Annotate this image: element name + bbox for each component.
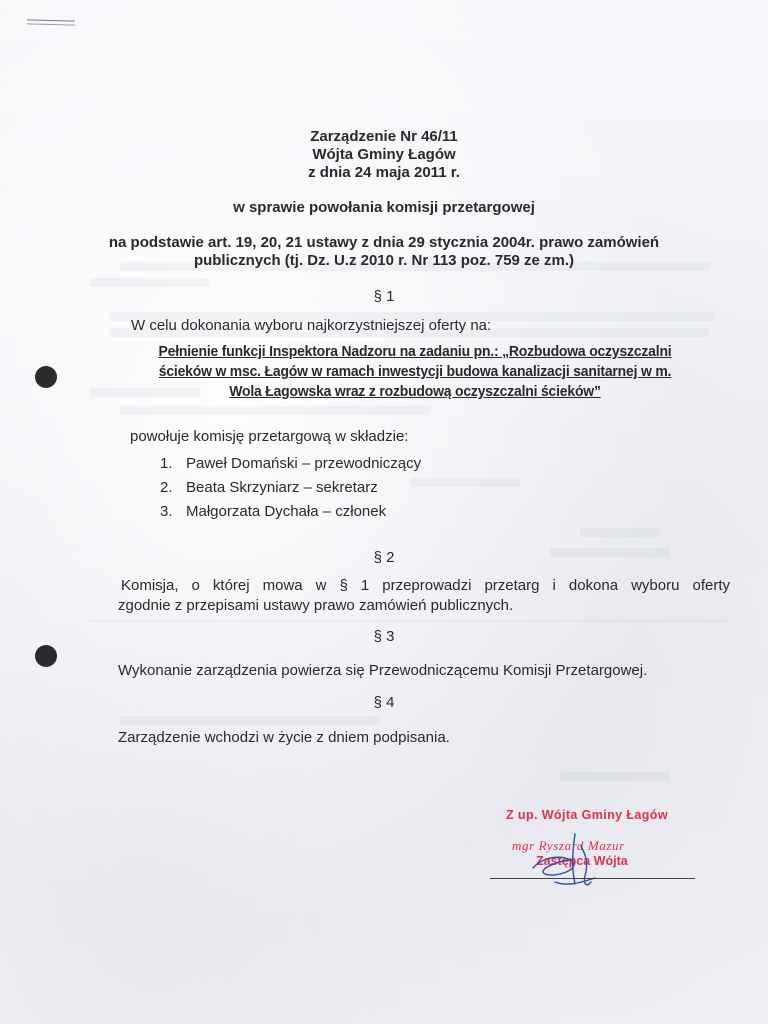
section-1-intro: W celu dokonania wyboru najkorzystniejsz… <box>131 317 491 334</box>
decree-date: z dnia 24 maja 2011 r. <box>0 164 768 181</box>
punch-hole <box>35 366 57 388</box>
legal-basis-line-2: publicznych (tj. Dz. U.z 2010 r. Nr 113 … <box>0 252 768 269</box>
section-4-heading: § 4 <box>0 694 768 711</box>
committee-members-list: 1.Paweł Domański – przewodniczący 2.Beat… <box>160 452 421 524</box>
list-item: 3.Małgorzata Dychała – członek <box>160 500 421 524</box>
section-2-text: Komisja, o której mowa w § 1 przeprowadz… <box>118 576 730 616</box>
member-name: Małgorzata Dychała – członek <box>186 503 386 520</box>
list-item: 2.Beata Skrzyniarz – sekretarz <box>160 476 421 500</box>
member-name: Paweł Domański – przewodniczący <box>186 455 421 472</box>
task-line-1: Pełnienie funkcji Inspektora Nadzoru na … <box>122 342 708 362</box>
decree-subject: w sprawie powołania komisji przetargowej <box>0 199 768 216</box>
section-2-heading: § 2 <box>0 549 768 566</box>
list-item: 1.Paweł Domański – przewodniczący <box>160 452 421 476</box>
member-name: Beata Skrzyniarz – sekretarz <box>186 479 378 496</box>
handwritten-signature <box>525 826 605 892</box>
appoint-text: powołuje komisję przetargową w składzie: <box>130 428 408 445</box>
signature-line <box>490 878 695 879</box>
issuer: Wójta Gminy Łagów <box>0 146 768 163</box>
section-3-text: Wykonanie zarządzenia powierza się Przew… <box>118 662 647 679</box>
stamp-authority: Z up. Wójta Gminy Łagów <box>506 808 668 822</box>
decree-title: Zarządzenie Nr 46/11 <box>0 128 768 145</box>
section-3-heading: § 3 <box>0 628 768 645</box>
task-line-3: Wola Łagowska wraz z rozbudową oczyszcza… <box>122 382 708 402</box>
punch-hole <box>35 645 57 667</box>
section-1-heading: § 1 <box>0 288 768 305</box>
task-title: Pełnienie funkcji Inspektora Nadzoru na … <box>122 342 708 402</box>
section-4-text: Zarządzenie wchodzi w życie z dniem podp… <box>118 729 450 746</box>
task-line-2: ścieków w msc. Łagów w ramach inwestycji… <box>122 362 708 382</box>
legal-basis-line-1: na podstawie art. 19, 20, 21 ustawy z dn… <box>0 234 768 251</box>
